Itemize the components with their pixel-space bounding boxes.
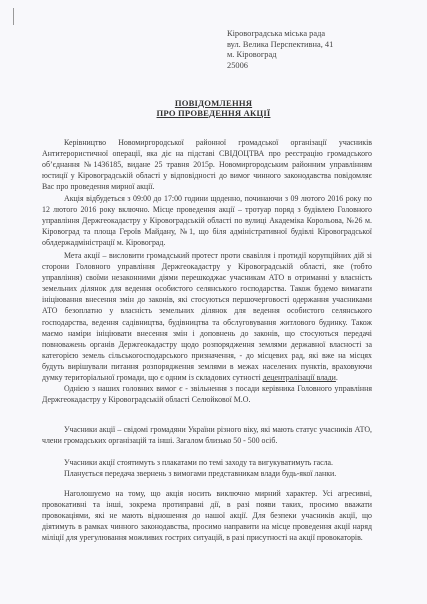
- paragraph-participants: Учасники акції – свідомі громадяни Украї…: [42, 424, 372, 446]
- paragraph-peaceful: Наголошуємо на тому, що акція носить вик…: [42, 488, 372, 543]
- paragraph-appeals: Планується передача звернень з вимогами …: [42, 468, 372, 479]
- demand-text: Однією з наших головних вимог є - звільн…: [42, 383, 372, 405]
- scan-artifact: [13, 8, 14, 25]
- paragraph-posters: Учасники акції стоятимуть з плакатами по…: [42, 457, 372, 468]
- recipient-name: Кіровоградська міська рада: [227, 29, 333, 40]
- paragraph-goal: Мета акції – висловити громадський проте…: [42, 250, 372, 405]
- document-title: ПОВІДОМЛЕННЯ: [0, 98, 427, 108]
- recipient-city: м. Кіровоград: [227, 50, 333, 61]
- recipient-address: Кіровоградська міська рада вул. Велика П…: [227, 29, 333, 71]
- document-subtitle: ПРО ПРОВЕДЕННЯ АКЦІЇ: [0, 108, 427, 118]
- recipient-postcode: 25006: [227, 61, 333, 72]
- paragraph-intro: Керівництво Новомиргородської районної г…: [42, 137, 372, 192]
- goal-underlined-text: децентралізації влади: [263, 373, 336, 382]
- paragraph-time-place: Акція відбудеться з 09:00 до 17:00 годин…: [42, 193, 372, 248]
- document-page: Кіровоградська міська рада вул. Велика П…: [0, 0, 427, 604]
- recipient-street: вул. Велика Перспективна, 41: [227, 40, 333, 51]
- goal-text: Мета акції – висловити громадський проте…: [42, 251, 372, 382]
